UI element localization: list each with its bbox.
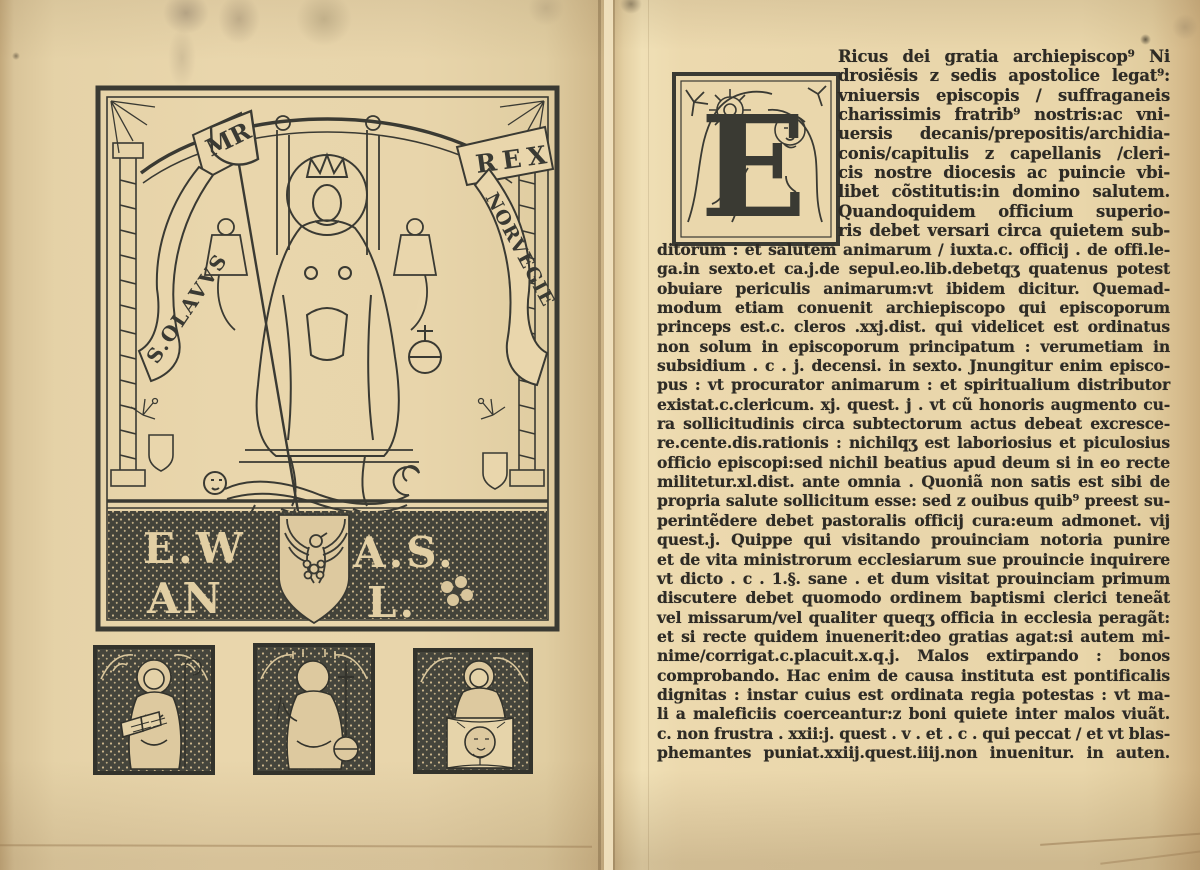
text-line: comprobando. Hac enim de causa instituta…: [657, 666, 1170, 685]
text-line: discutere debet quomodo ordinem baptismi…: [657, 588, 1170, 607]
letter-band: E.W A.S. AN L.: [108, 511, 547, 627]
text-line: re.cente.dis.rationis : nichilqʒ est lab…: [657, 433, 1170, 452]
text-line: cis nostre diocesis ac puincie vbi-: [838, 163, 1170, 182]
text-line: drosiẽsis z sedis apostolice legat⁹:: [838, 66, 1170, 85]
band-letter-as: A.S.: [352, 528, 456, 577]
page-fold-crease: [613, 0, 615, 870]
page-fold-highlight: [604, 0, 613, 870]
text-line: et si recte quidem inuenerit:deo gratias…: [657, 627, 1170, 646]
text-line: conis/capitulis z capellanis /cleri-: [838, 144, 1170, 163]
banner-text-solavvs: S.OLAVVS: [141, 248, 232, 367]
text-line: obuiare periculis animarum:vt ibidem dic…: [657, 279, 1170, 298]
text-line: ga.in sexto.et ca.j.de sepul.eo.lib.debe…: [657, 259, 1170, 278]
text-line: phemantes puniat.xxiij.quest.iiij.non in…: [657, 743, 1170, 762]
text-line: perintẽdere debet pastoralis officij cur…: [657, 511, 1170, 530]
stain: [168, 28, 196, 88]
text-line: princeps est.c. cleros .xxj.dist. qui vi…: [657, 317, 1170, 336]
text-line: vel missarum/vel qualiter queqʒ officia …: [657, 608, 1170, 627]
panel-veronica-with-veil: [413, 648, 533, 774]
text-line: dignitas : instar cuius est ordinata reg…: [657, 685, 1170, 704]
text-column-full-width: ditorum : et salutem animarum / iuxta.c.…: [657, 240, 1170, 762]
text-line: Quandoquidem officium superio-: [838, 202, 1170, 221]
text-line: vniuersis episcopis / suffraganeis: [838, 86, 1170, 105]
text-line: vt dicto . c . 1.§. sane . et dum visita…: [657, 569, 1170, 588]
text-line: et de vita ministrorum ecclesiarum sue p…: [657, 550, 1170, 569]
initial-letter: E: [700, 86, 807, 246]
throne: [239, 116, 419, 462]
text-line: officio episcopi:sed nichil beatius apud…: [657, 453, 1170, 472]
text-column-beside-initial: Ricus dei gratia archiepiscop⁹ Nidrosiẽs…: [838, 47, 1170, 240]
page-fold-shadow: [598, 0, 601, 870]
text-line: militetur.xl.dist. ante omnia . Quoniã n…: [657, 472, 1170, 491]
text-line: ra sollicitudinis circa subtectorum actu…: [657, 414, 1170, 433]
stain: [1172, 14, 1198, 40]
band-letter-ew: E.W: [143, 524, 246, 573]
initial-e-woodcut: E: [672, 72, 840, 246]
text-line: quest.j. Quippe qui visitando prouinciam…: [657, 530, 1170, 549]
text-line: subsidium . c . j. decensi. in sexto. Jn…: [657, 356, 1170, 375]
stain: [12, 52, 20, 60]
text-line: charissimis fratrib⁹ nostris:ac vni-: [838, 105, 1170, 124]
text-line: pus : vt procurator animarum : et spirit…: [657, 375, 1170, 394]
band-letter-l: L.: [367, 578, 417, 627]
text-line: ris debet versari circa quietem sub-: [838, 221, 1170, 240]
text-line: modum etiam conuenit archiepiscopo qui e…: [657, 298, 1170, 317]
text-line: Ricus dei gratia archiepiscop⁹ Ni: [838, 47, 1170, 66]
text-line: li a maleficiis coerceantur:z boni quiet…: [657, 704, 1170, 723]
text-line: ditorum : et salutem animarum / iuxta.c.…: [657, 240, 1170, 259]
panel-christ-salvator-mundi: [253, 643, 375, 775]
text-line: libet cõstitutis:in domino salutem.: [838, 182, 1170, 201]
text-line: existat.c.clericum. xj. quest. j . vt cũ…: [657, 395, 1170, 414]
tassels: [205, 219, 436, 330]
text-line: nime/corrigat.c.placuit.x.q.j. Malos ext…: [657, 646, 1170, 665]
olav-woodcut: E.W A.S. AN L.: [95, 85, 560, 632]
text-line: propria salute sollicitum esse: sed z ou…: [657, 491, 1170, 510]
orb: [409, 325, 441, 373]
page-fold-crease2: [648, 0, 649, 870]
text-line: c. non frustra . xxii:j. quest . v . et …: [657, 724, 1170, 743]
panel-saint-with-book-and-crozier: [93, 645, 215, 775]
text-line: uersis decanis/prepositis/archidia-: [838, 124, 1170, 143]
stain: [1140, 34, 1151, 45]
text-line: non solum in episcoporum principatum : v…: [657, 337, 1170, 356]
left-column: [111, 143, 145, 486]
book-spread-photo: E.W A.S. AN L.: [0, 0, 1200, 870]
band-letter-an: AN: [146, 574, 224, 623]
